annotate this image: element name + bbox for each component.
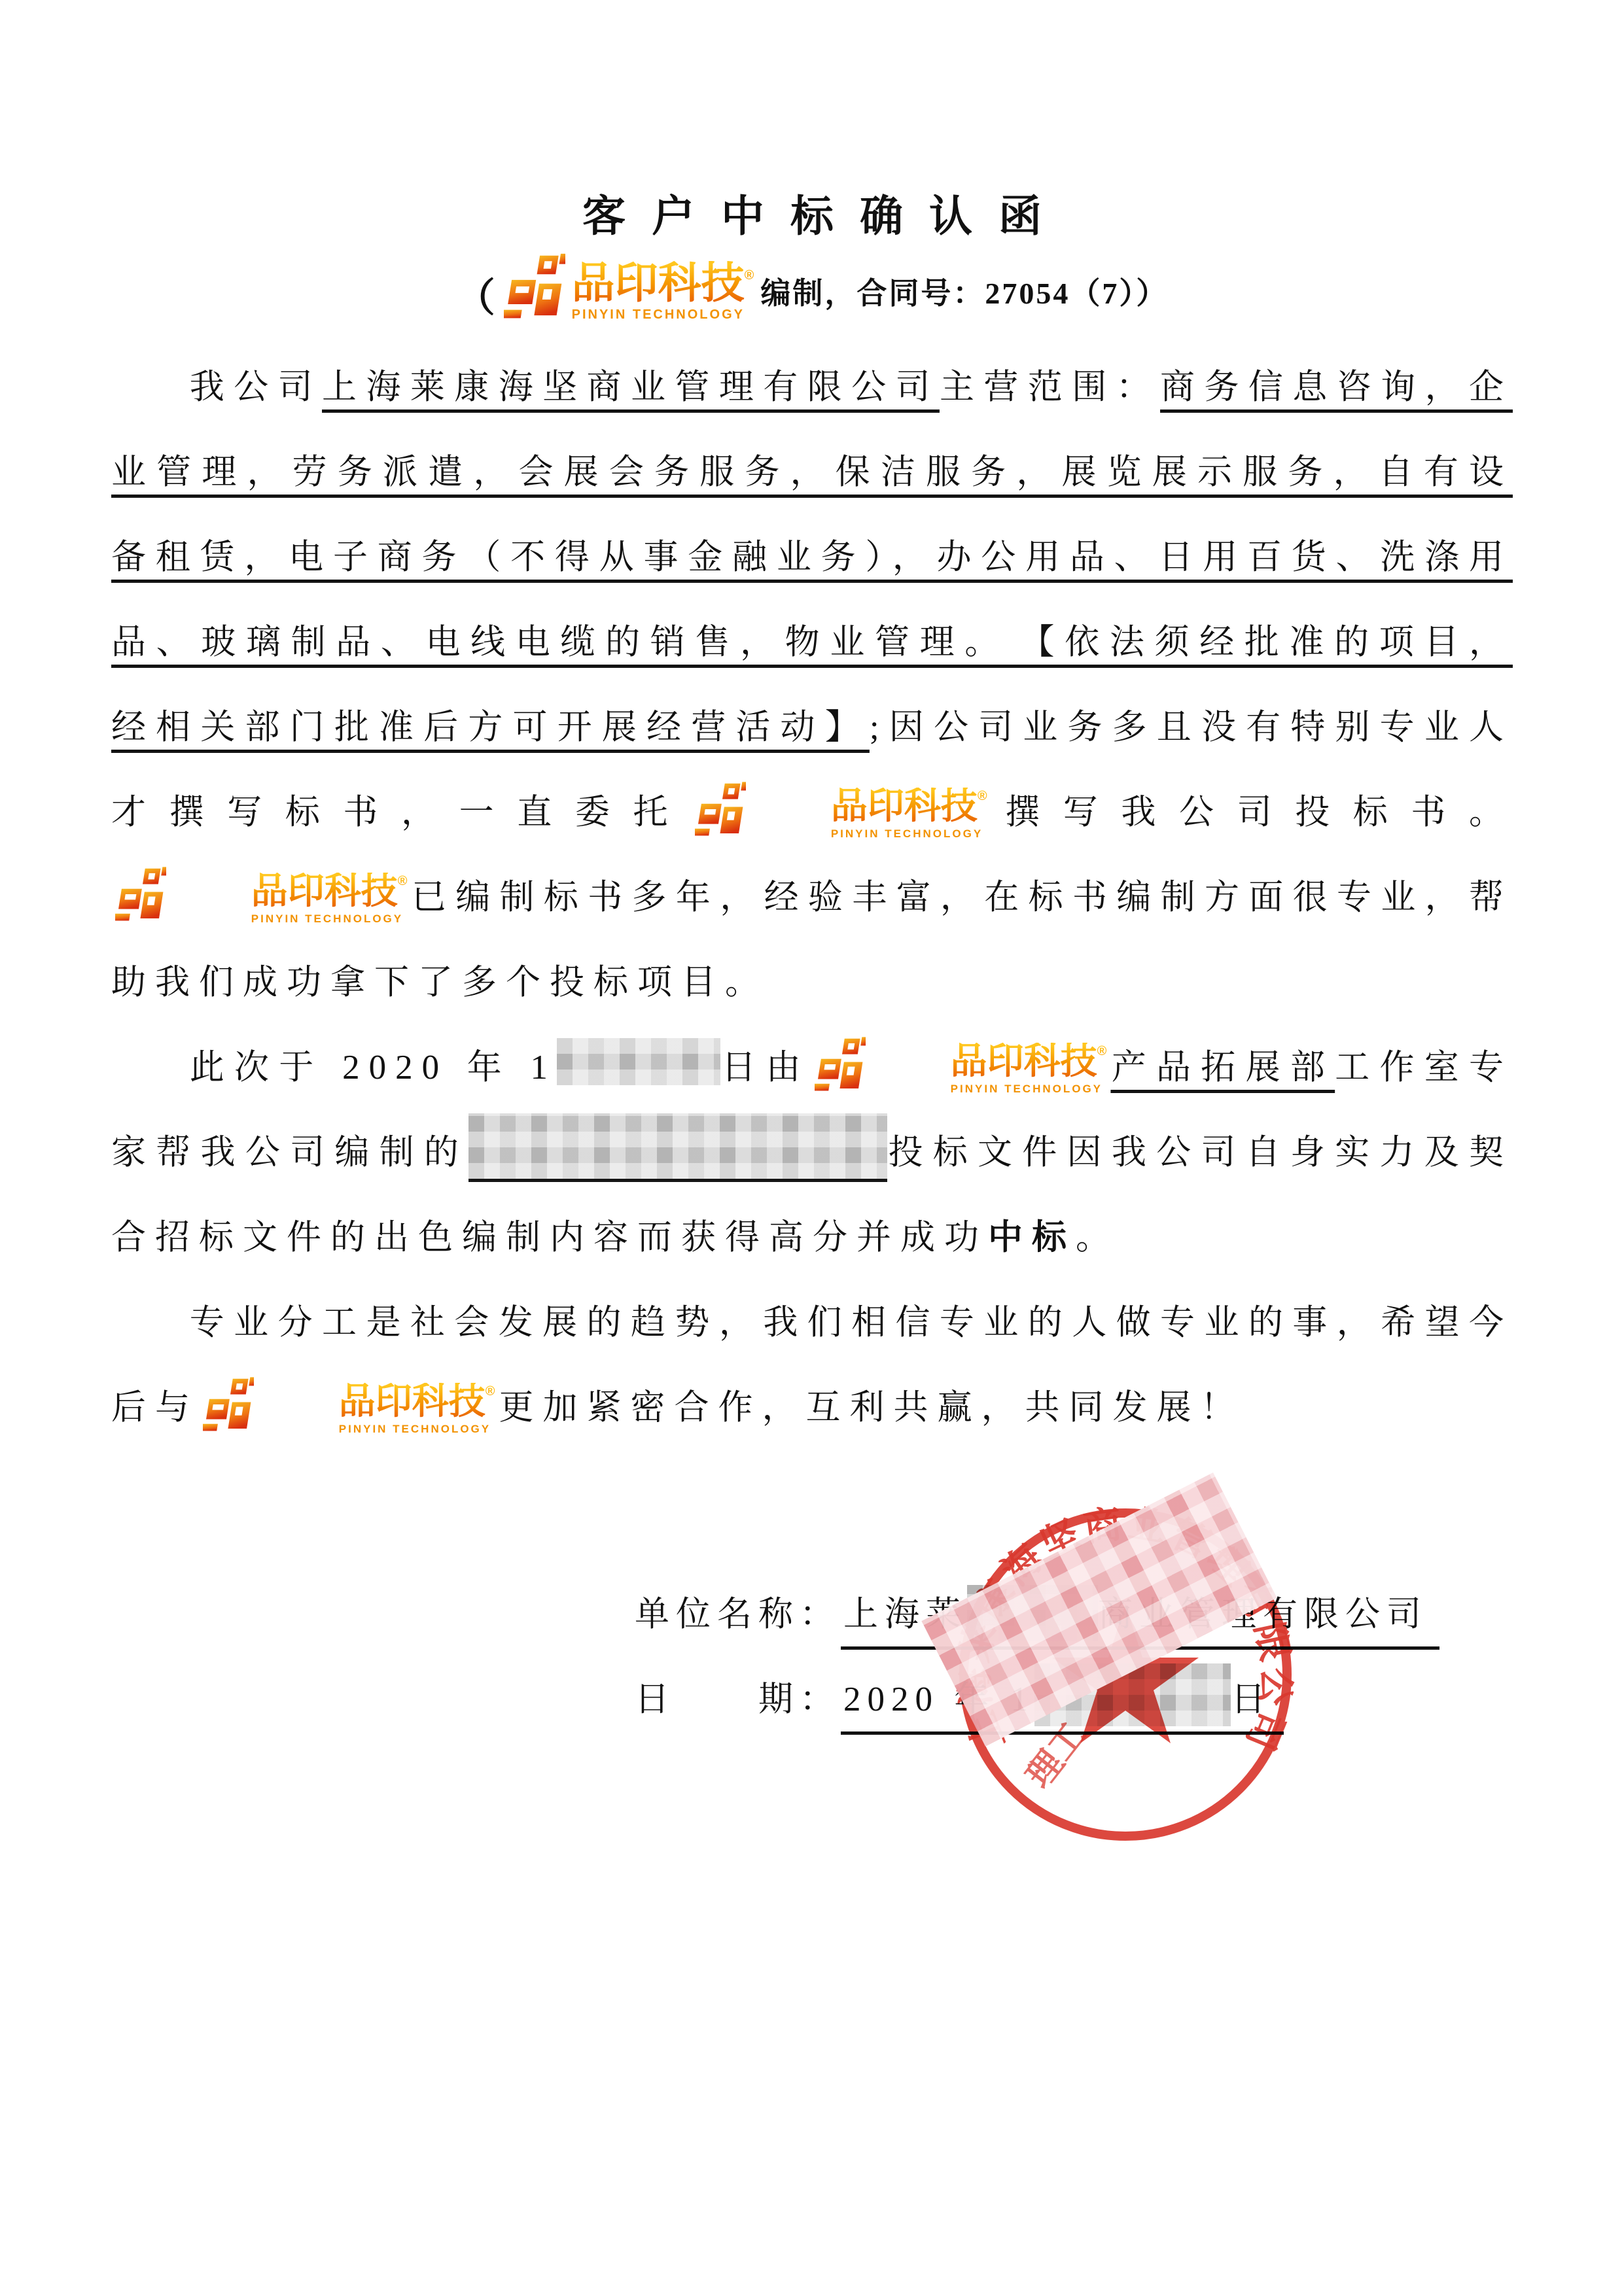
- text-run: 。: [1076, 1219, 1120, 1257]
- pinyin-logo-mark-icon: [203, 1376, 254, 1441]
- logo-en-text: PINYIN TECHNOLOGY: [572, 308, 745, 321]
- text-run: 中标: [988, 1219, 1076, 1257]
- document-page: 客户中标确认函 （ 品印科技® PINYIN TECHNOLOGY 编制，合同号…: [0, 0, 1624, 2296]
- logo-en-text: PINYIN TECHNOLOGY: [173, 913, 403, 924]
- text-run: 撰写我公司投标书。: [991, 793, 1513, 831]
- logo-text-block: 品印科技® PINYIN TECHNOLOGY: [173, 873, 408, 924]
- open-paren: （: [456, 267, 497, 323]
- text-run: 产品拓展部: [1110, 1049, 1335, 1087]
- registered-mark-icon: ®: [485, 1384, 495, 1399]
- pinyin-logo-mark-icon: [695, 780, 746, 846]
- pinyin-technology-logo: 品印科技® PINYIN TECHNOLOGY: [203, 1376, 495, 1441]
- text-run: 商务信息咨询，企业管理，劳务派遣，会展会务服务，保洁服务，展览展示服务，自有设备…: [111, 368, 1513, 746]
- pinyin-technology-logo: 品印科技® PINYIN TECHNOLOGY: [115, 865, 408, 931]
- seal-partial-text: 理工: [1019, 1715, 1093, 1795]
- document-body: 我公司上海莱康海坚商业管理有限公司主营范围：商务信息咨询，企业管理，劳务派遣，会…: [111, 345, 1513, 1450]
- text-run: 主营范围：: [940, 368, 1160, 406]
- signature-name-label: 单位名称：: [635, 1595, 841, 1633]
- paragraph: 我公司上海莱康海坚商业管理有限公司主营范围：商务信息咨询，企业管理，劳务派遣，会…: [111, 345, 1513, 1025]
- registered-mark-icon: ®: [745, 268, 754, 283]
- pinyin-technology-logo: 品印科技® PINYIN TECHNOLOGY: [695, 780, 987, 846]
- text-run: 更加紧密合作，互利共赢，共同发展！: [499, 1389, 1244, 1427]
- pinyin-logo-mark-icon: [504, 252, 565, 330]
- logo-cn-text: 品印科技®: [260, 1383, 495, 1419]
- signature-date-label: 日 期：: [635, 1680, 841, 1718]
- pinyin-logo-mark-icon: [115, 865, 166, 931]
- logo-text-block: 品印科技® PINYIN TECHNOLOGY: [572, 261, 754, 321]
- pinyin-logo-mark-icon: [815, 1035, 866, 1101]
- redacted-blur: [468, 1113, 887, 1182]
- paragraph: 此次于 2020 年 1日由 品印科技® PINYIN TECHNOLOGY 产…: [111, 1025, 1513, 1280]
- page-title: 客户中标确认函: [111, 191, 1513, 243]
- pinyin-technology-logo: 品印科技® PINYIN TECHNOLOGY: [815, 1035, 1107, 1101]
- redacted-blur: [557, 1038, 720, 1085]
- registered-mark-icon: ®: [398, 874, 408, 888]
- registered-mark-icon: ®: [1097, 1044, 1107, 1058]
- pinyin-technology-logo: 品印科技® PINYIN TECHNOLOGY: [504, 252, 754, 330]
- logo-cn-text: 品印科技®: [572, 261, 754, 304]
- logo-en-text: PINYIN TECHNOLOGY: [752, 828, 983, 839]
- logo-text-block: 品印科技® PINYIN TECHNOLOGY: [260, 1383, 495, 1435]
- logo-text-block: 品印科技® PINYIN TECHNOLOGY: [752, 788, 987, 839]
- text-run: 我公司: [190, 368, 322, 406]
- logo-en-text: PINYIN TECHNOLOGY: [872, 1083, 1103, 1094]
- text-run: 此次于 2020 年 1: [190, 1049, 557, 1087]
- logo-cn-text: 品印科技®: [872, 1043, 1107, 1079]
- logo-text-block: 品印科技® PINYIN TECHNOLOGY: [872, 1043, 1107, 1094]
- logo-en-text: PINYIN TECHNOLOGY: [260, 1423, 491, 1435]
- header-logo-slot: 品印科技® PINYIN TECHNOLOGY: [500, 252, 758, 330]
- text-run: 上海莱康海坚商业管理有限公司: [322, 368, 940, 406]
- text-run: 日由: [720, 1049, 811, 1087]
- logo-cn-text: 品印科技®: [752, 788, 987, 824]
- header-line: （ 品印科技® PINYIN TECHNOLOGY 编制，合同号：27054（7…: [111, 252, 1513, 330]
- logo-cn-text: 品印科技®: [173, 873, 408, 909]
- contract-number-text: 编制，合同号：27054（7））: [760, 270, 1168, 313]
- registered-mark-icon: ®: [978, 789, 987, 803]
- paragraph: 专业分工是社会发展的趋势，我们相信专业的人做专业的事，希望今后与 品印科技® P…: [111, 1280, 1513, 1450]
